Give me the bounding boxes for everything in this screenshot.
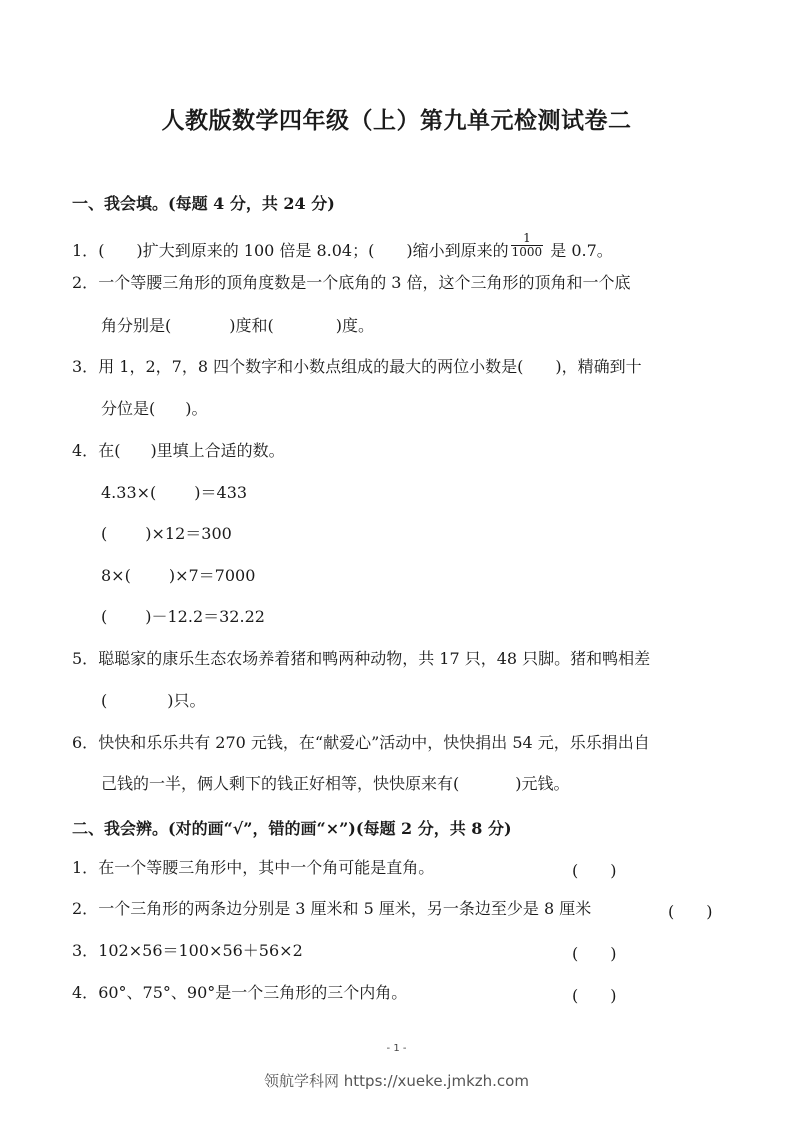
question-number: 6． [72,733,98,752]
question-text: )里填上合适的数。 [150,441,284,460]
question-text: )元钱。 [515,774,569,793]
question-1-2-line-2: 角分别是()度和()度。 [101,316,374,336]
judge-blank-4[interactable]: ( ) [572,983,617,1006]
equation-text: 8×( [101,566,131,585]
question-1-5-line-1: 5．聪聪家的康乐生态农场养着猪和鸭两种动物，共 17 只，48 只脚。猪和鸭相差 [72,649,650,669]
question-text: )。 [185,399,207,418]
section-2-header: 二、我会辨。(对的画“√”，错的画“×”)(每题 2 分，共 8 分) [72,816,512,839]
page-number: - 1 - [0,1043,793,1054]
question-number: 3． [72,357,98,376]
question-number: 4． [72,983,98,1002]
footer-watermark: 领航学科网 https://xueke.jmkzh.com [0,1070,793,1091]
question-text: 一个等腰三角形的顶角度数是一个底角的 3 倍，这个三角形的顶角和一个底 [98,273,630,292]
answer-blank[interactable]: ( ) [368,241,413,260]
question-1-5-line-2: ()只。 [101,691,206,711]
question-text: 角分别是( [101,316,171,335]
judge-item-3: 3．102×56＝100×56＋56×2 [72,941,303,961]
judge-blank-3[interactable]: ( ) [572,941,617,964]
question-1-2-line-1: 2．一个等腰三角形的顶角度数是一个底角的 3 倍，这个三角形的顶角和一个底 [72,273,631,293]
question-text: 缩小到原来的 [413,241,509,260]
question-1-6-line-1: 6．快快和乐乐共有 270 元钱，在“献爱心”活动中，快快捐出 54 元，乐乐捐… [72,733,650,753]
equation-text: ( [101,607,107,626]
question-number: 1． [72,858,98,877]
fraction-numerator: 1 [511,232,544,246]
question-text: )只。 [167,691,205,710]
answer-blank[interactable]: ( ) [98,241,143,260]
judge-item-4: 4．60°、75°、90°是一个三角形的三个内角。 [72,983,407,1003]
question-number: 4． [72,441,98,460]
equation-text: )×12＝300 [145,524,232,543]
question-1-3-line-2: 分位是()。 [101,399,208,419]
equation-text: ( [101,524,107,543]
judge-item-1: 1．在一个等腰三角形中，其中一个角可能是直角。 [72,858,434,878]
question-text: 快快和乐乐共有 270 元钱，在“献爱心”活动中，快快捐出 54 元，乐乐捐出自 [98,733,650,752]
question-text: 在一个等腰三角形中，其中一个角可能是直角。 [98,858,434,877]
question-text: 一个三角形的两条边分别是 3 厘米和 5 厘米，另一条边至少是 8 厘米 [98,899,591,918]
question-1-4: 4．在()里填上合适的数。 [72,441,285,461]
fraction-denominator: 1000 [511,246,544,259]
judge-blank-2[interactable]: ( ) [668,899,713,922]
question-text: )度和( [229,316,274,335]
equation-3: 8×()×7＝7000 [101,566,255,586]
question-text: 己钱的一半，俩人剩下的钱正好相等，快快原来有( [101,774,459,793]
question-number: 3． [72,941,98,960]
question-number: 5． [72,649,98,668]
question-text: ( [101,691,107,710]
question-1-1: 1．( )扩大到原来的 100 倍是 8.04；( )缩小到原来的11000 是… [72,238,613,265]
equation-text: )＝433 [194,483,247,502]
question-text: 是 0.7。 [545,241,613,260]
page-title: 人教版数学四年级（上）第九单元检测试卷二 [0,102,793,135]
question-text: 聪聪家的康乐生态农场养着猪和鸭两种动物，共 17 只，48 只脚。猪和鸭相差 [98,649,650,668]
question-text: 用 1，2，7，8 四个数字和小数点组成的最大的两位小数是( [98,357,523,376]
question-number: 2． [72,899,98,918]
question-number: 2． [72,273,98,292]
equation-1: 4.33×()＝433 [101,483,247,503]
section-1-header: 一、我会填。(每题 4 分，共 24 分) [72,191,335,214]
question-1-6-line-2: 己钱的一半，俩人剩下的钱正好相等，快快原来有()元钱。 [101,774,570,794]
question-text: 在( [98,441,120,460]
judge-item-2: 2．一个三角形的两条边分别是 3 厘米和 5 厘米，另一条边至少是 8 厘米 [72,899,591,919]
question-text: 60°、75°、90°是一个三角形的三个内角。 [98,983,407,1002]
question-text: 分位是( [101,399,155,418]
question-1-3-line-1: 3．用 1，2，7，8 四个数字和小数点组成的最大的两位小数是()，精确到十 [72,357,642,377]
judge-blank-1[interactable]: ( ) [572,858,617,881]
fraction: 11000 [511,232,544,259]
question-text: )度。 [336,316,374,335]
equation-text: 4.33×( [101,483,156,502]
equation-text: )－12.2＝32.22 [145,607,265,626]
question-text: 扩大到原来的 100 倍是 8.04； [143,241,368,260]
equation-4: ()－12.2＝32.22 [101,607,265,627]
equation-2: ()×12＝300 [101,524,232,544]
question-text: 102×56＝100×56＋56×2 [98,941,303,960]
equation-text: )×7＝7000 [169,566,256,585]
question-text: )，精确到十 [555,357,641,376]
question-number: 1． [72,241,98,260]
